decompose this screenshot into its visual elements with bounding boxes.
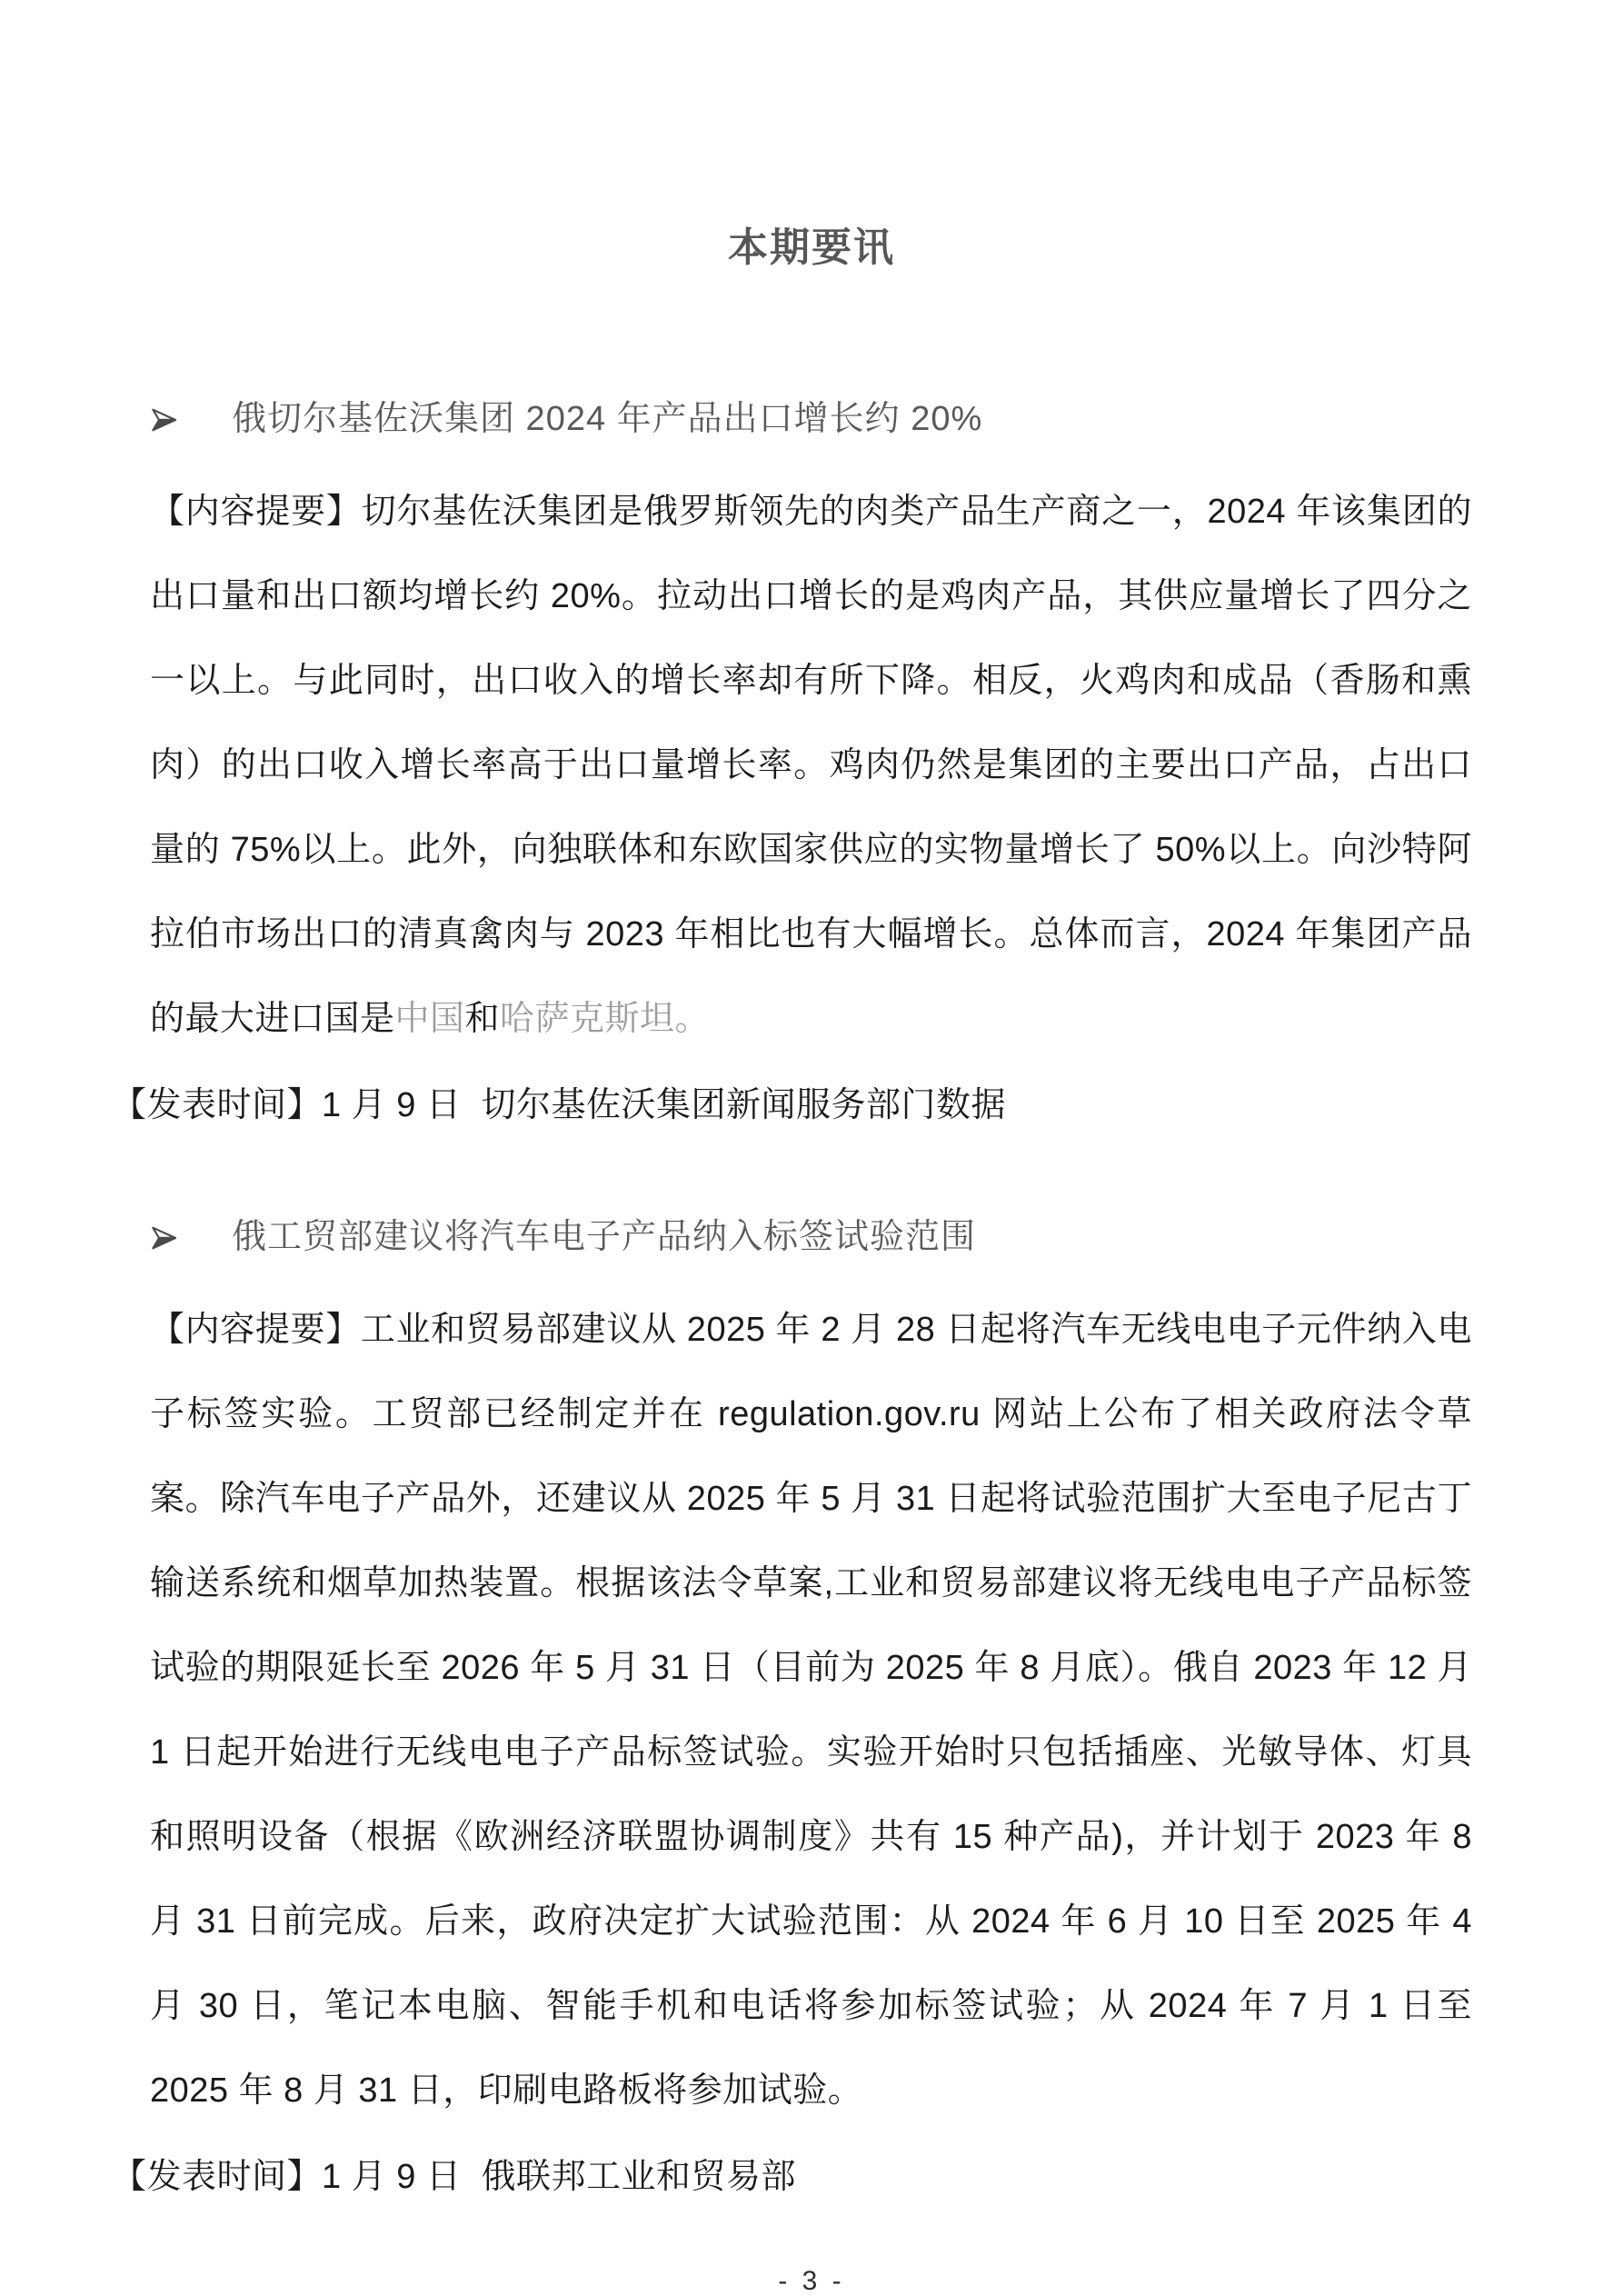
news-item-heading-row: 俄工贸部建议将汽车电子产品纳入标签试验范围 (150, 1195, 1472, 1280)
news-item-heading-row: 俄切尔基佐沃集团 2024 年产品出口增长约 20% (150, 377, 1472, 462)
news-item-summary: 【内容提要】工业和贸易部建议从 2025 年 2 月 28 日起将汽车无线电电子… (150, 1288, 1472, 2133)
summary-text: 【内容提要】切尔基佐沃集团是俄罗斯领先的肉类产品生产商之一，2024 年该集团的… (150, 493, 1472, 1038)
page-number: - 3 - (112, 2263, 1511, 2296)
news-item-heading: 俄工贸部建议将汽车电子产品纳入标签试验范围 (232, 1195, 976, 1280)
arrow-bullet-icon (150, 404, 179, 436)
summary-text: 【内容提要】工业和贸易部建议从 2025 年 2 月 28 日起将汽车无线电电子… (150, 1311, 1472, 2110)
summary-conjunction: 和 (465, 1000, 501, 1038)
arrow-bullet-icon (150, 1222, 179, 1254)
summary-country-highlight: 中国 (395, 1000, 465, 1038)
news-item-heading: 俄切尔基佐沃集团 2024 年产品出口增长约 20% (232, 377, 982, 462)
news-item-summary: 【内容提要】切尔基佐沃集团是俄罗斯领先的肉类产品生产商之一，2024 年该集团的… (150, 470, 1472, 1062)
page-title: 本期要讯 (112, 224, 1511, 272)
published-date-line: 【发表时间】1 月 9 日 切尔基佐沃集团新闻服务部门数据 (112, 1063, 1472, 1148)
news-item: 俄切尔基佐沃集团 2024 年产品出口增长约 20% 【内容提要】切尔基佐沃集团… (112, 377, 1511, 1148)
published-date-line: 【发表时间】1 月 9 日 俄联邦工业和贸易部 (112, 2135, 1472, 2220)
bulletin-page: 本期要讯 俄切尔基佐沃集团 2024 年产品出口增长约 20% 【内容提要】切尔… (0, 0, 1623, 2296)
news-item: 俄工贸部建议将汽车电子产品纳入标签试验范围 【内容提要】工业和贸易部建议从 20… (112, 1195, 1511, 2220)
summary-country-highlight: 哈萨克斯坦。 (500, 1000, 710, 1038)
